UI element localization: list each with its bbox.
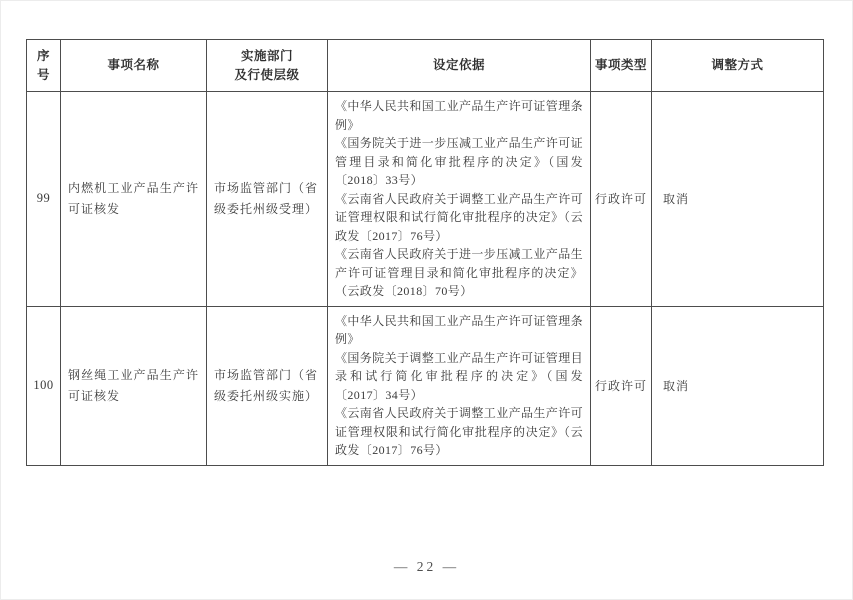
basis-item: 《云南省人民政府关于进一步压减工业产品生产许可证管理目录和简化审批程序的决定》（… xyxy=(335,245,583,301)
col-header-item-name: 事项名称 xyxy=(61,40,207,92)
basis-item: 《国务院关于调整工业产品生产许可证管理目录和试行简化审批程序的决定》（国发〔20… xyxy=(335,349,583,405)
cell-adjustment: 取消 xyxy=(652,306,824,465)
table-row: 100 钢丝绳工业产品生产许可证核发 市场监管部门（省级委托州级实施） 《中华人… xyxy=(27,306,824,465)
document-page: 序 号 事项名称 实施部门 及行使层级 设定依据 事项类型 调整方式 99 内燃… xyxy=(0,0,853,600)
basis-item: 《云南省人民政府关于调整工业产品生产许可证管理权限和试行简化审批程序的决定》（云… xyxy=(335,190,583,246)
cell-item-type: 行政许可 xyxy=(591,306,652,465)
page-number: — 22 — xyxy=(1,559,852,575)
basis-item: 《中华人民共和国工业产品生产许可证管理条例》 xyxy=(335,97,583,134)
cell-item-name: 钢丝绳工业产品生产许可证核发 xyxy=(61,306,207,465)
cell-item-name: 内燃机工业产品生产许可证核发 xyxy=(61,92,207,307)
basis-item: 《云南省人民政府关于调整工业产品生产许可证管理权限和试行简化审批程序的决定》（云… xyxy=(335,404,583,460)
col-header-basis: 设定依据 xyxy=(328,40,591,92)
licensing-items-table: 序 号 事项名称 实施部门 及行使层级 设定依据 事项类型 调整方式 99 内燃… xyxy=(26,39,824,466)
basis-item: 《中华人民共和国工业产品生产许可证管理条例》 xyxy=(335,312,583,349)
cell-basis: 《中华人民共和国工业产品生产许可证管理条例》 《国务院关于进一步压减工业产品生产… xyxy=(328,92,591,307)
cell-item-type: 行政许可 xyxy=(591,92,652,307)
col-header-item-type: 事项类型 xyxy=(591,40,652,92)
col-header-department: 实施部门 及行使层级 xyxy=(207,40,328,92)
col-header-adjustment: 调整方式 xyxy=(652,40,824,92)
table-row: 99 内燃机工业产品生产许可证核发 市场监管部门（省级委托州级受理） 《中华人民… xyxy=(27,92,824,307)
cell-department: 市场监管部门（省级委托州级实施） xyxy=(207,306,328,465)
cell-seq: 99 xyxy=(27,92,61,307)
cell-department: 市场监管部门（省级委托州级受理） xyxy=(207,92,328,307)
col-header-seq: 序 号 xyxy=(27,40,61,92)
cell-adjustment: 取消 xyxy=(652,92,824,307)
table-header-row: 序 号 事项名称 实施部门 及行使层级 设定依据 事项类型 调整方式 xyxy=(27,40,824,92)
basis-item: 《国务院关于进一步压减工业产品生产许可证管理目录和简化审批程序的决定》（国发〔2… xyxy=(335,134,583,190)
cell-seq: 100 xyxy=(27,306,61,465)
cell-basis: 《中华人民共和国工业产品生产许可证管理条例》 《国务院关于调整工业产品生产许可证… xyxy=(328,306,591,465)
